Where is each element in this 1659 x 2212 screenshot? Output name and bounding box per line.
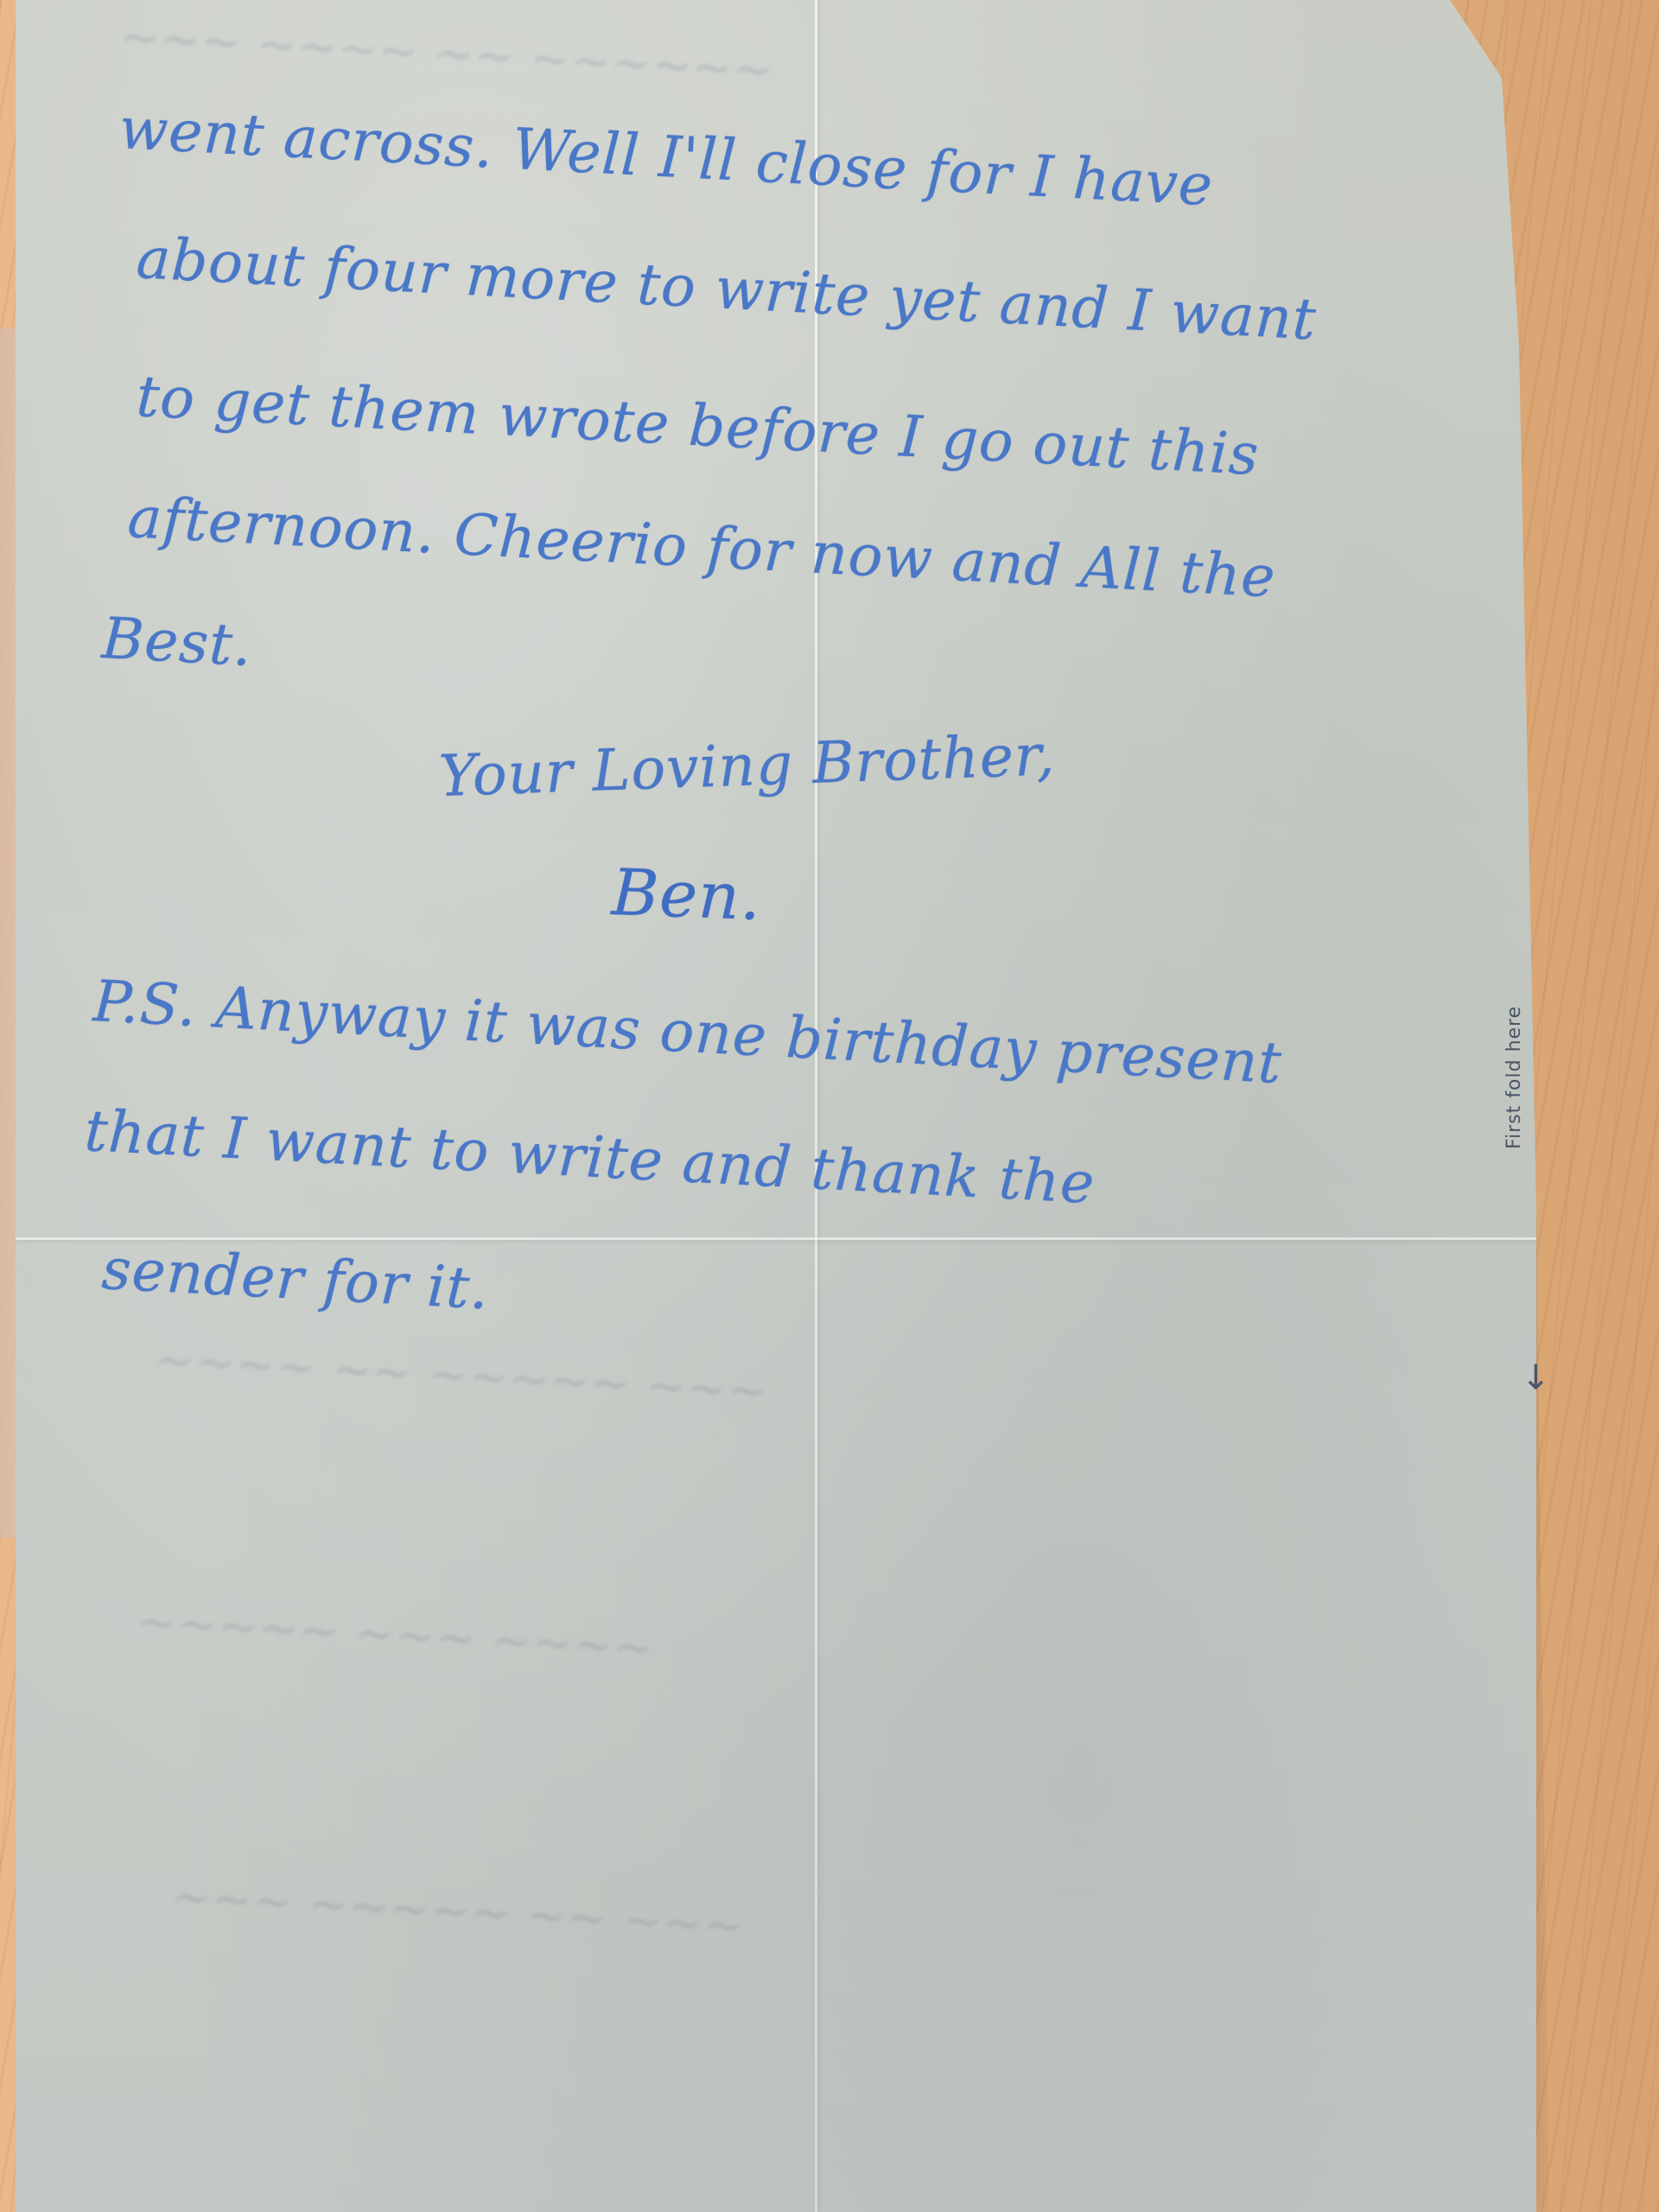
letter-closing: Your Loving Brother,	[438, 721, 1057, 810]
vertical-fold-crease	[815, 0, 817, 2212]
letter-line: afternoon. Cheerio for now and All the	[126, 484, 1278, 611]
letter-paper: ~~~ ~~~~ ~~ ~~~~~~ ~~~~ ~~ ~~~~~ ~~~ ~~~…	[16, 0, 1536, 2212]
letter-line: to get them wrote before I go out this	[135, 363, 1261, 488]
first-fold-here-label: First fold here	[1503, 1006, 1525, 1149]
letter-line: about four more to write yet and I want	[135, 225, 1318, 353]
show-through-text: ~~~~ ~~ ~~~~~ ~~~	[153, 1332, 769, 1420]
show-through-text: ~~~ ~~~~ ~~ ~~~~~~	[118, 9, 775, 99]
letter-signature: Ben.	[610, 855, 762, 935]
show-through-text: ~~~ ~~~~~ ~~ ~~~	[170, 1869, 746, 1955]
postscript-line: that I want to write and thank the	[83, 1097, 1096, 1217]
show-through-text: ~~~~~ ~~~ ~~~~	[136, 1593, 655, 1676]
postscript-line: P.S. Anyway it was one birthday present	[92, 968, 1284, 1096]
postscript-line: sender for it.	[100, 1236, 491, 1322]
horizontal-fold-crease	[16, 1237, 1536, 1240]
letter-line: went across. Well I'll close for I have	[118, 95, 1215, 219]
arrow-left-icon: ←	[1516, 1362, 1555, 1391]
letter-line: Best.	[100, 605, 254, 679]
